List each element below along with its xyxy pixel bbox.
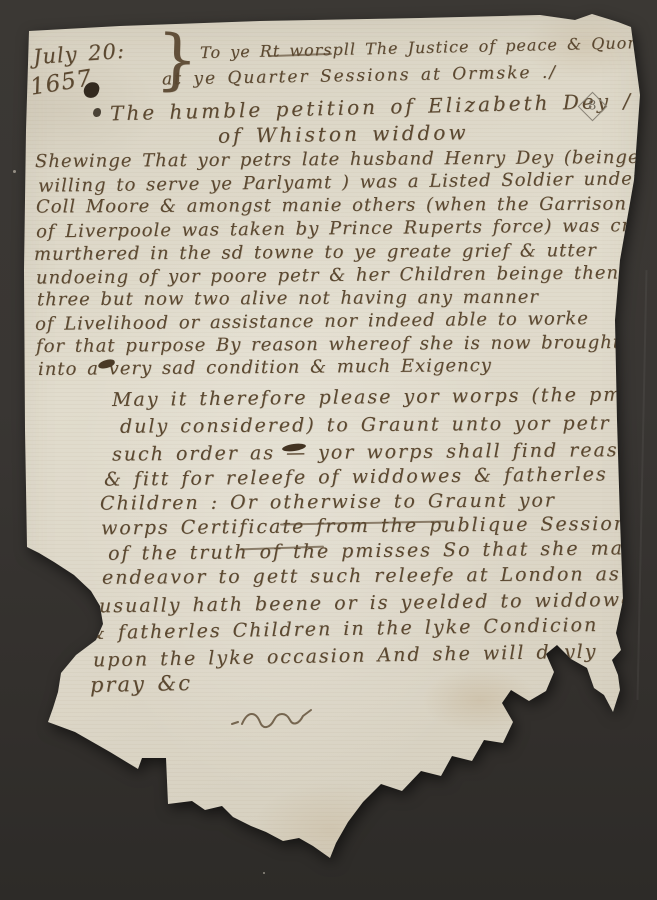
manuscript-line: pray &c	[90, 671, 192, 697]
manuscript-line: of the truth of the pmisses So that she …	[108, 537, 637, 565]
manuscript-line: usually hath beene or is yeelded to widd…	[99, 589, 646, 618]
manuscript-line: of Livelihood or assistance nor indeed a…	[35, 308, 589, 335]
manuscript-paper-wrap: July 20: 1657 } To ye Rt worspll The Jus…	[0, 0, 657, 900]
manuscript-line: undoeing of yor poore petr & her Childre…	[36, 262, 619, 288]
heading-line-1: To ye Rt worspll The Justice of peace & …	[200, 33, 648, 62]
heading-line-2: at ye Quarter Sessions at Ormske ./	[162, 63, 557, 90]
ink-blot	[93, 108, 101, 117]
manuscript-line: May it therefore please yor worps (the p…	[112, 383, 657, 411]
manuscript-line: willing to serve ye Parlyamt ) was a Lis…	[38, 168, 643, 196]
photo-background: July 20: 1657 } To ye Rt worspll The Jus…	[0, 0, 657, 900]
manuscript-line: murthered in the sd towne to ye greate g…	[34, 240, 597, 265]
manuscript-line: such order as — yor worps shall find rea…	[112, 438, 657, 465]
manuscript-line: duly considered) to Graunt unto yor petr	[120, 412, 611, 437]
manuscript-line: & fatherles Children in the lyke Condici…	[88, 614, 599, 644]
manuscript-line: Children : Or otherwise to Graunt yor	[100, 489, 556, 514]
manuscript-paper: July 20: 1657 } To ye Rt worspll The Jus…	[0, 0, 657, 900]
paper-fold-flap	[48, 722, 140, 770]
manuscript-line: Shewinge That yor petrs late husband Hen…	[35, 147, 640, 172]
manuscript-line: Coll Moore & amongst manie others (when …	[36, 193, 627, 217]
archival-number: 8	[588, 99, 596, 114]
date-day-line: July 20:	[32, 39, 125, 69]
petition-title-line-2: of Whiston widdow	[218, 120, 469, 147]
manuscript-line: three but now two alive not having any m…	[37, 287, 539, 311]
manuscript-line: of Liverpoole was taken by Prince Rupert…	[36, 215, 657, 243]
manuscript-line: & fitt for releefe of widdowes & fatherl…	[104, 463, 608, 490]
manuscript-line: upon the lyke occasion And she will dayl…	[93, 641, 598, 672]
manuscript-line: worps Certificate from the publique Sess…	[101, 513, 640, 540]
manuscript-line: endeavor to gett such releefe at London …	[102, 563, 621, 589]
manuscript-line: for that purpose By reason whereof she i…	[36, 332, 621, 357]
pen-flourish	[228, 706, 328, 736]
